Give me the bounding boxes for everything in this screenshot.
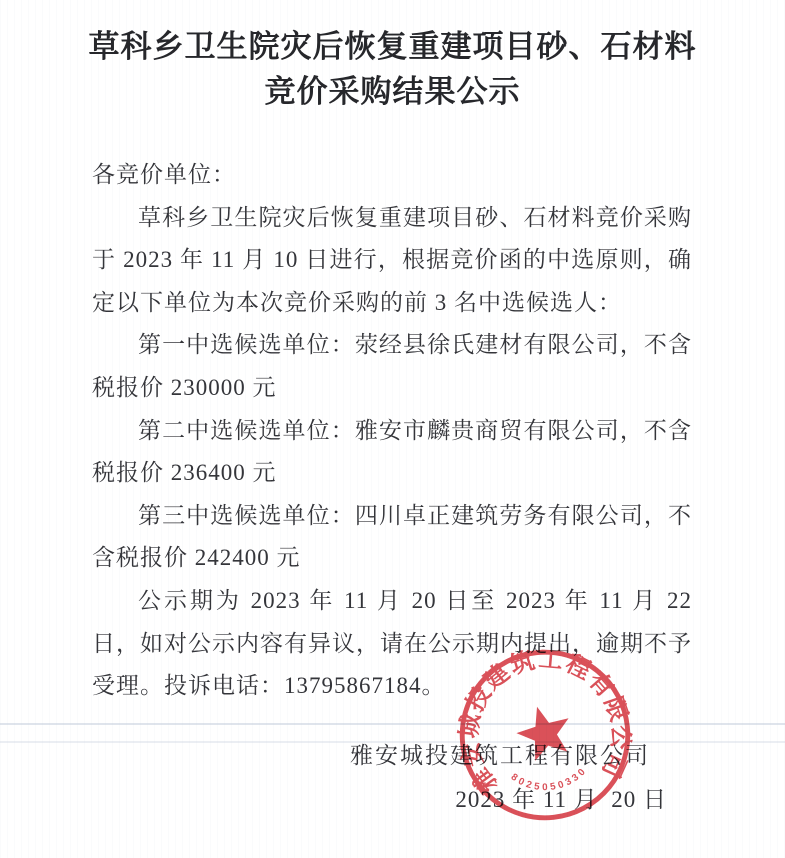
signature-block: 雅安城投建筑工程有限公司 2023 年 11 月 20 日: [92, 734, 692, 822]
signature-date: 2023 年 11 月 20 日: [92, 778, 692, 822]
paragraph-publicity-period: 公示期为 2023 年 11 月 20 日至 2023 年 11 月 22 日，…: [92, 580, 692, 708]
document-body: 各竞价单位： 草科乡卫生院灾后恢复重建项目砂、石材料竞价采购于 2023 年 1…: [92, 154, 692, 708]
paragraph-candidate-3: 第三中选候选单位：四川卓正建筑劳务有限公司，不含税报价 242400 元: [92, 495, 692, 580]
page-title-line-1: 草科乡卫生院灾后恢复重建项目砂、石材料: [55, 24, 730, 69]
paragraph-candidate-2: 第二中选候选单位：雅安市麟贵商贸有限公司，不含税报价 236400 元: [92, 410, 692, 495]
page-title-line-2: 竞价采购结果公示: [55, 69, 730, 114]
salutation: 各竞价单位：: [92, 154, 692, 197]
page-title: 草科乡卫生院灾后恢复重建项目砂、石材料 竞价采购结果公示: [55, 24, 730, 114]
document-page: 草科乡卫生院灾后恢复重建项目砂、石材料 竞价采购结果公示 各竞价单位： 草科乡卫…: [0, 0, 785, 858]
paragraph-intro: 草科乡卫生院灾后恢复重建项目砂、石材料竞价采购于 2023 年 11 月 10 …: [92, 197, 692, 325]
signature-company: 雅安城投建筑工程有限公司: [92, 734, 692, 778]
paragraph-candidate-1: 第一中选候选单位：荥经县徐氏建材有限公司，不含税报价 230000 元: [92, 324, 692, 409]
scan-artifact-line: [0, 723, 785, 725]
